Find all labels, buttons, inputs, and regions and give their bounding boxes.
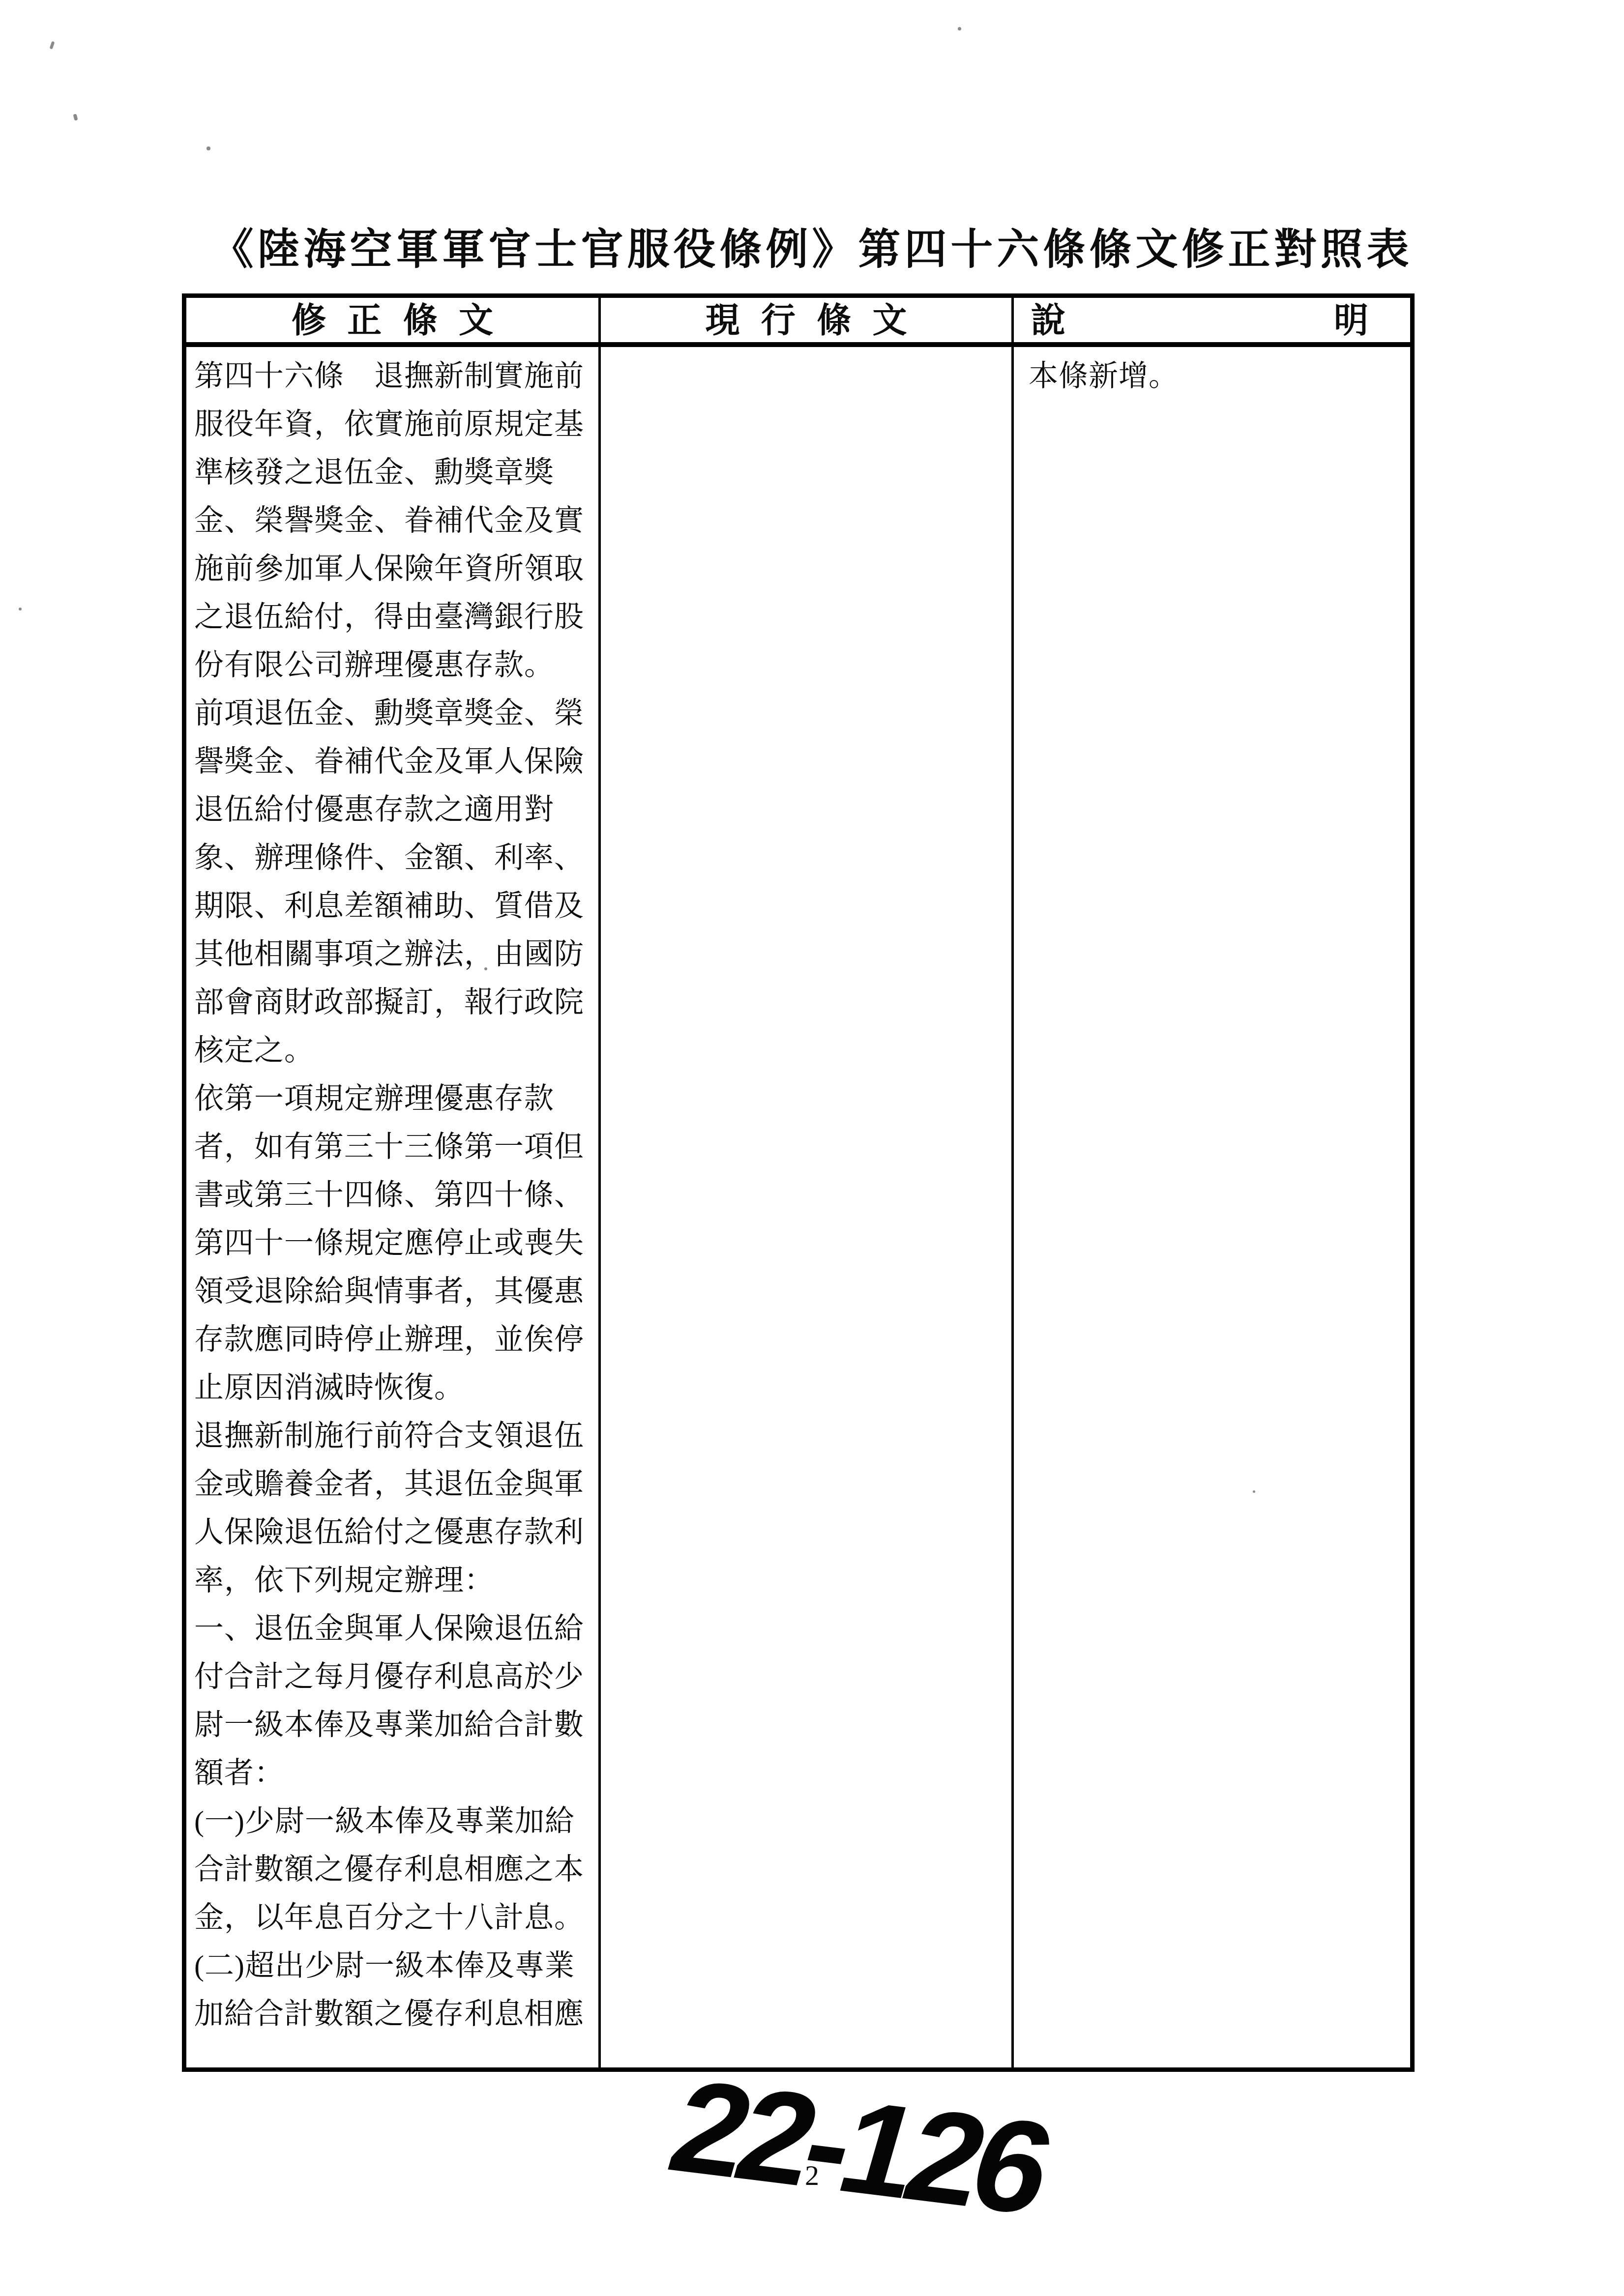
- scan-speck: [958, 27, 961, 30]
- scan-speck: [73, 114, 78, 120]
- scan-speck: [50, 41, 55, 49]
- scan-speck: [207, 146, 210, 150]
- page-number: 2: [0, 2159, 1624, 2192]
- comparison-table: 修正條文 現行條文 說明 第四十六條 退撫新制實施前 服役年資，依實施前原規定基…: [182, 293, 1415, 2072]
- table-cell-amended-provision-text: 第四十六條 退撫新制實施前 服役年資，依實施前原規定基 準核發之退伍金、勳獎章獎…: [186, 347, 598, 2067]
- page-title: 《陸海空軍軍官士官服役條例》第四十六條條文修正對照表: [0, 215, 1624, 276]
- table-cell-current-provision-text: [598, 347, 1011, 2067]
- table-cell-explanation-text: 本條新增。: [1011, 347, 1410, 2067]
- table-header-explanation: 說明: [1011, 298, 1410, 347]
- table-header-current-provisions: 現行條文: [598, 298, 1011, 347]
- scan-speck: [1253, 1490, 1255, 1493]
- scan-speck: [484, 967, 487, 970]
- scan-speck: [19, 608, 22, 610]
- table-header-amended-provisions: 修正條文: [186, 298, 598, 347]
- handwritten-archive-number: 22-126: [655, 2051, 1063, 2243]
